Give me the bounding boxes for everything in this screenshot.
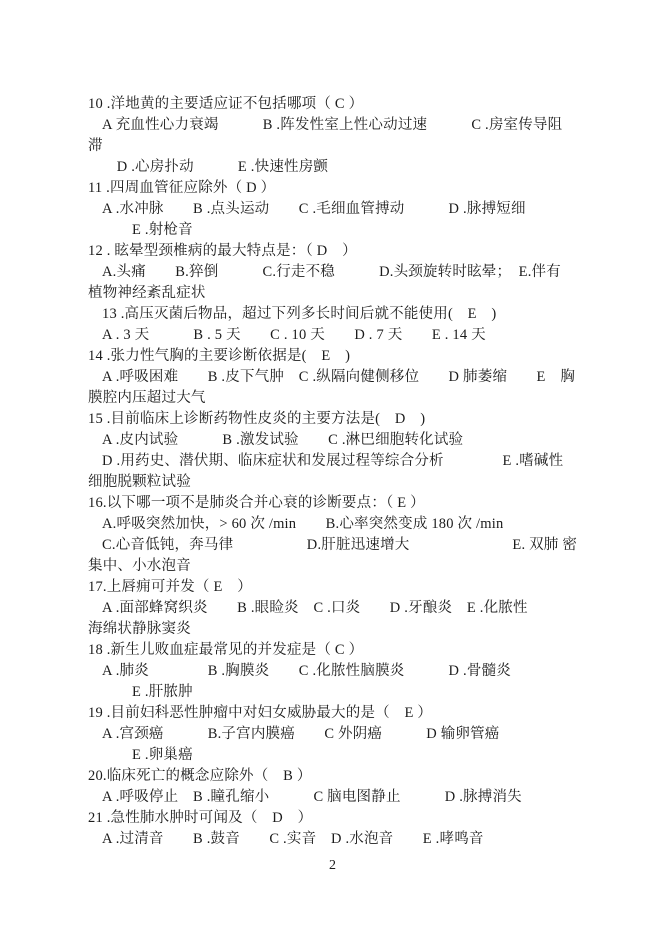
q18-options-a-d: A .肺炎 B .胸膜炎 C .化脓性脑膜炎 D .骨髓炎 — [88, 661, 648, 682]
q12-option-e-wrap: 植物神经紊乱症状 — [88, 283, 648, 304]
q11-options-a-d: A .水冲脉 B .点头运动 C .毛细血管搏动 D .脉搏短细 — [88, 199, 648, 220]
q20-stem: 20.临床死亡的概念应除外（ B ） — [88, 766, 648, 787]
q10-stem: 10 .洋地黄的主要适应证不包括哪项（ C ） — [88, 94, 648, 115]
q14-options-a-e: A .呼吸困难 B .皮下气肿 C .纵隔向健侧移位 D 肺萎缩 E 胸 — [88, 367, 648, 388]
q11-option-e: E .射枪音 — [88, 220, 648, 241]
page: { "colors": { "ink": "#1b1b1b", "paper":… — [0, 0, 665, 945]
q10-options-a-b-c: A 充血性心力衰竭 B .阵发性室上性心动过速 C .房室传导阻 — [88, 115, 648, 136]
q19-stem: 19 .目前妇科恶性肿瘤中对妇女威胁最大的是（ E ） — [88, 703, 648, 724]
q18-stem: 18 .新生儿败血症最常见的并发症是（ C ） — [88, 640, 648, 661]
q12-stem: 12 . 眩晕型颈椎病的最大特点是：（ D ） — [88, 241, 648, 262]
q14-stem: 14 .张力性气胸的主要诊断依据是( E ) — [88, 346, 648, 367]
q13-stem: 13 .高压灭菌后物品，超过下列多长时间后就不能使用( E ) — [88, 304, 648, 325]
q15-option-e-wrap: 细胞脱颗粒试验 — [88, 472, 648, 493]
q16-stem: 16.以下哪一项不是肺炎合并心衰的诊断要点：（ E ） — [88, 493, 648, 514]
q15-stem: 15 .目前临床上诊断药物性皮炎的主要方法是( D ) — [88, 409, 648, 430]
q11-stem: 11 .四周血管征应除外（ D ） — [88, 178, 648, 199]
q19-options-a-d: A .宫颈癌 B.子宫内膜癌 C 外阴癌 D 输卵管癌 — [88, 724, 648, 745]
q21-options-a-e: A .过清音 B .鼓音 C .实音 D .水泡音 E .哮鸣音 — [88, 829, 648, 850]
q10-options-d-e: D .心房扑动 E .快速性房颤 — [88, 157, 648, 178]
page-number: 2 — [0, 856, 665, 876]
q12-options-a-e: A.头痛 B.猝倒 C.行走不稳 D.头颈旋转时眩晕； E.伴有 — [88, 262, 648, 283]
q10-option-c-wrap: 滞 — [88, 136, 648, 157]
q14-option-e-wrap: 膜腔内压超过大气 — [88, 388, 648, 409]
q19-option-e: E .卵巢癌 — [88, 745, 648, 766]
q17-options-a-e: A .面部蜂窝织炎 B .眼睑炎 C .口炎 D .牙酿炎 E .化脓性 — [88, 598, 648, 619]
document-lines: 10 .洋地黄的主要适应证不包括哪项（ C ）A 充血性心力衰竭 B .阵发性室… — [88, 94, 648, 850]
q17-option-e-wrap: 海绵状静脉窦炎 — [88, 619, 648, 640]
q21-stem: 21 .急性肺水肿时可闻及（ D ） — [88, 808, 648, 829]
q13-options-a-e: A . 3 天 B . 5 天 C . 10 天 D . 7 天 E . 14 … — [88, 325, 648, 346]
q16-options-a-b: A.呼吸突然加快，> 60 次 /min B.心率突然变成 180 次 /min — [88, 514, 648, 535]
q15-options-d-e: D .用药史、潜伏期、临床症状和发展过程等综合分析 E .嗜碱性 — [88, 451, 648, 472]
q16-option-e-wrap: 集中、小水泡音 — [88, 556, 648, 577]
q16-options-c-e: C.心音低钝，奔马律 D.肝脏迅速增大 E. 双肺 密 — [88, 535, 648, 556]
q18-option-e: E .肝脓肿 — [88, 682, 648, 703]
q17-stem: 17.上唇痈可并发（ E ） — [88, 577, 648, 598]
document-sheet: 10 .洋地黄的主要适应证不包括哪项（ C ）A 充血性心力衰竭 B .阵发性室… — [0, 0, 665, 945]
q20-options-a-d: A .呼吸停止 B .瞳孔缩小 C 脑电图静止 D .脉搏消失 — [88, 787, 648, 808]
q15-options-a-c: A .皮内试验 B .激发试验 C .淋巴细胞转化试验 — [88, 430, 648, 451]
